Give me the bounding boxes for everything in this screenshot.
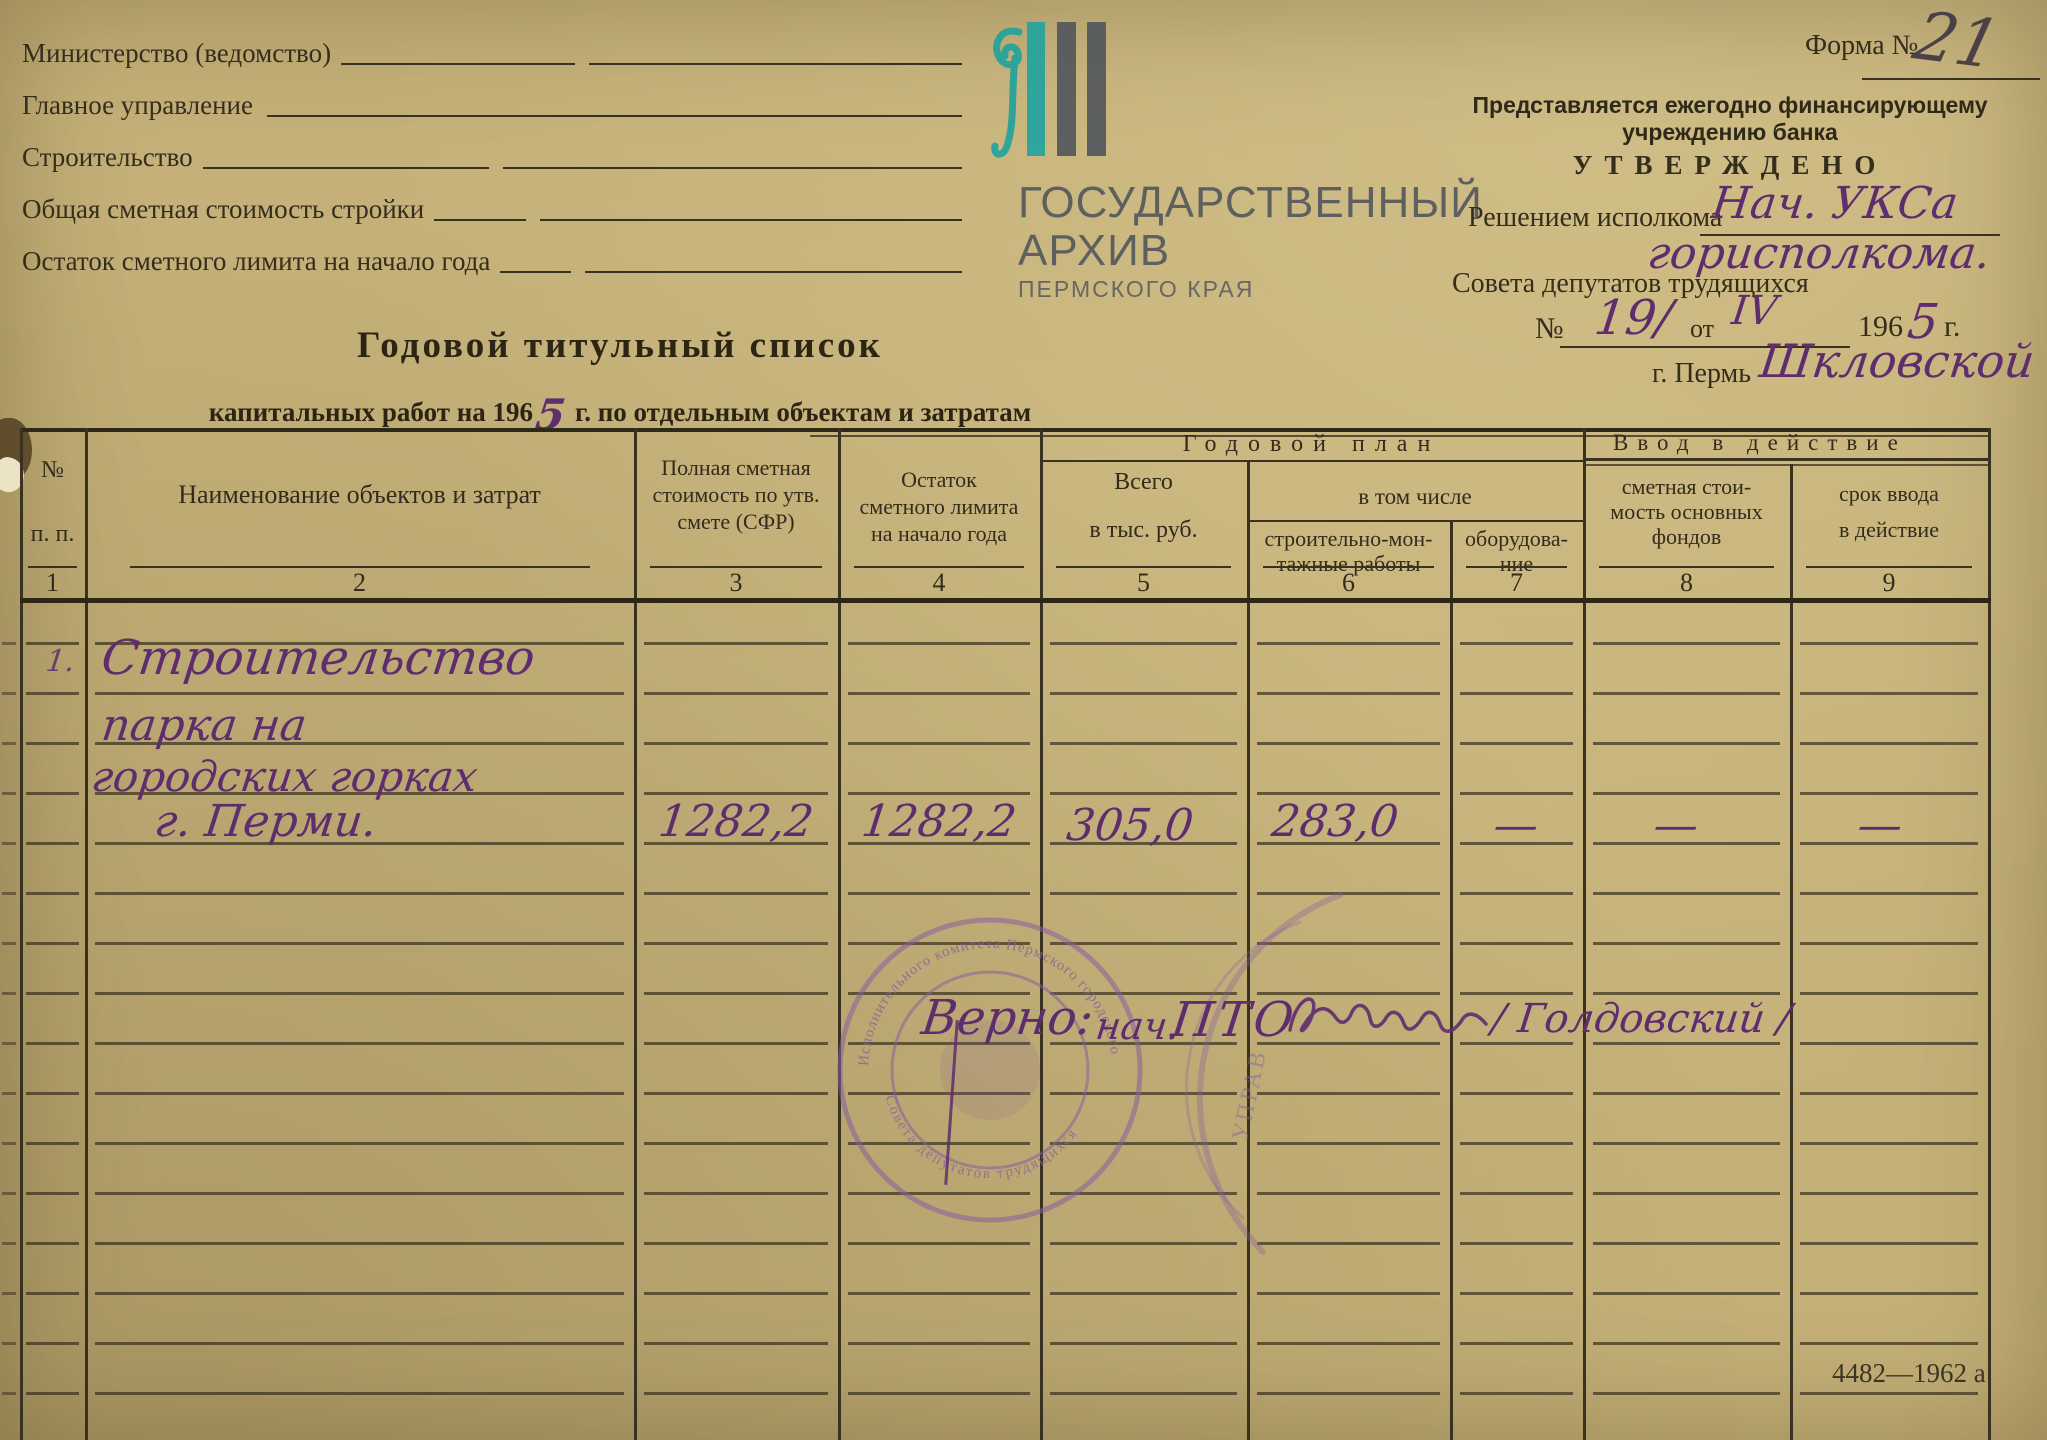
submit-note: Представляется ежегодно финансирующему у…: [1450, 92, 2010, 146]
field-label: Министерство (ведомство): [22, 38, 331, 69]
entry-col6-value: 283,0: [1252, 796, 1418, 847]
blank-line: [267, 93, 962, 117]
certification-verno: Верно:: [919, 990, 1097, 1046]
field-label: Строительство: [22, 142, 193, 173]
print-code: 4482—1962 а: [1832, 1358, 1986, 1389]
col-number-7: 7: [1450, 568, 1583, 598]
col-number-4: 4: [838, 568, 1040, 598]
field-label: Остаток сметного лимита на начало года: [22, 246, 490, 277]
field-label: Общая сметная стоимость стройки: [22, 194, 424, 225]
subtitle-suffix: г. по отдельным объектам и затратам: [575, 397, 1031, 427]
col2-header: Наименование объектов и затрат: [85, 480, 634, 510]
blank-line: [500, 249, 571, 273]
including-header: в том числе: [1247, 484, 1583, 510]
blank-line: [589, 41, 962, 65]
vvod-group-underline: [1583, 458, 1988, 461]
col4-header: Остаток сметного лимита на начало года: [842, 466, 1036, 547]
field-limit-balance: Остаток сметного лимита на начало года: [22, 246, 962, 277]
ot-label: от: [1690, 314, 1714, 344]
archive-name-line3: ПЕРМСКОГО КРАЯ: [1018, 276, 1254, 303]
col8-header: сметная стои- мость основных фондов: [1585, 474, 1788, 549]
month-handwritten: IV: [1729, 288, 1779, 334]
archive-name-line1: ГОСУДАРСТВЕННЫЙ: [1018, 178, 1483, 228]
ruling-col1: [26, 595, 79, 1420]
entry-name-line2: парка на: [99, 700, 310, 751]
entry-col9-dash: —: [1797, 800, 1963, 851]
signature-scribble: [1282, 978, 1497, 1058]
blank-line: [341, 41, 574, 65]
vvod-group-underline-2: [1583, 464, 1988, 466]
city-label: г. Пермь: [1652, 358, 1751, 390]
decision-handwritten-1: Нач. УКСа: [1709, 178, 1961, 229]
col9-header: срок ввода в действие: [1792, 476, 1986, 548]
blank-line: [203, 145, 490, 169]
entry-name-line3: городских горках: [89, 752, 480, 801]
entry-name-line1: Строительство: [99, 630, 539, 686]
field-total-estimate-cost: Общая сметная стоимость стройки: [22, 194, 962, 225]
certification-pto: ПТО: [1169, 992, 1301, 1048]
field-ministry: Министерство (ведомство): [22, 38, 962, 69]
col-number-5: 5: [1040, 568, 1247, 598]
col-number-1: 1: [20, 568, 85, 598]
form-number-underline: [1862, 78, 2040, 80]
blank-line: [585, 249, 962, 273]
entry-col7-dash: —: [1433, 800, 1599, 851]
col1-header: № п. п.: [20, 454, 85, 550]
approved-heading: УТВЕРЖДЕНО: [1450, 150, 2010, 181]
col-number-8: 8: [1583, 568, 1790, 598]
blank-line: [503, 145, 962, 169]
page-title: Годовой титульный список: [170, 324, 1070, 367]
blank-line: [540, 197, 962, 221]
archive-logo-icon: [985, 18, 1145, 168]
entry-col8-dash: —: [1593, 800, 1759, 851]
entry-col3-value: 1282,2: [653, 796, 819, 847]
entry-name-line4: г. Перми.: [152, 796, 380, 847]
city-handwritten: Шкловской: [1757, 334, 2038, 388]
archive-name-line2: АРХИВ: [1018, 226, 1170, 276]
vvod-group-header: Ввод в действие: [1583, 430, 2047, 456]
doc-number-label: №: [1535, 312, 1564, 346]
scanned-form-page: Министерство (ведомство) Главное управле…: [0, 0, 2047, 1440]
entry-col5-value: 305,0: [1047, 800, 1213, 851]
margin-ruling: [2, 595, 16, 1420]
col3-header: Полная сметная стоимость по утв. смете (…: [638, 454, 834, 535]
stamp2-text: УПРАВ: [1227, 1047, 1272, 1143]
including-underline: [1247, 520, 1583, 522]
ruling-col9: [1800, 595, 1978, 1420]
col-number-9: 9: [1790, 568, 1988, 598]
col-number-2: 2: [85, 568, 634, 598]
entry-col4-value: 1282,2: [856, 796, 1022, 847]
plan-group-underline: [1040, 460, 1583, 462]
doc-number-handwritten: 19/: [1592, 290, 1676, 346]
blank-line: [434, 197, 526, 221]
field-label: Главное управление: [22, 90, 253, 121]
certification-transcript: / Голдовский /: [1489, 996, 1794, 1042]
col5-header: Всего в тыс. руб.: [1040, 470, 1247, 542]
subtitle-prefix: капитальных работ на 196: [209, 397, 533, 427]
plan-group-header: Годовой план: [1040, 431, 1583, 458]
field-main-administration: Главное управление: [22, 90, 962, 121]
form-number-handwritten: 21: [1907, 0, 2008, 84]
v-right: [1988, 428, 1991, 1440]
col-number-6: 6: [1247, 568, 1450, 598]
entry-row-marker: 1.: [44, 644, 77, 679]
form-number-label: Форма №: [1805, 30, 1918, 62]
round-stamp: Исполнительного комитета Пермского город…: [795, 880, 1375, 1270]
field-construction: Строительство: [22, 142, 962, 173]
v-c8: [1790, 464, 1793, 1440]
col-number-3: 3: [634, 568, 838, 598]
